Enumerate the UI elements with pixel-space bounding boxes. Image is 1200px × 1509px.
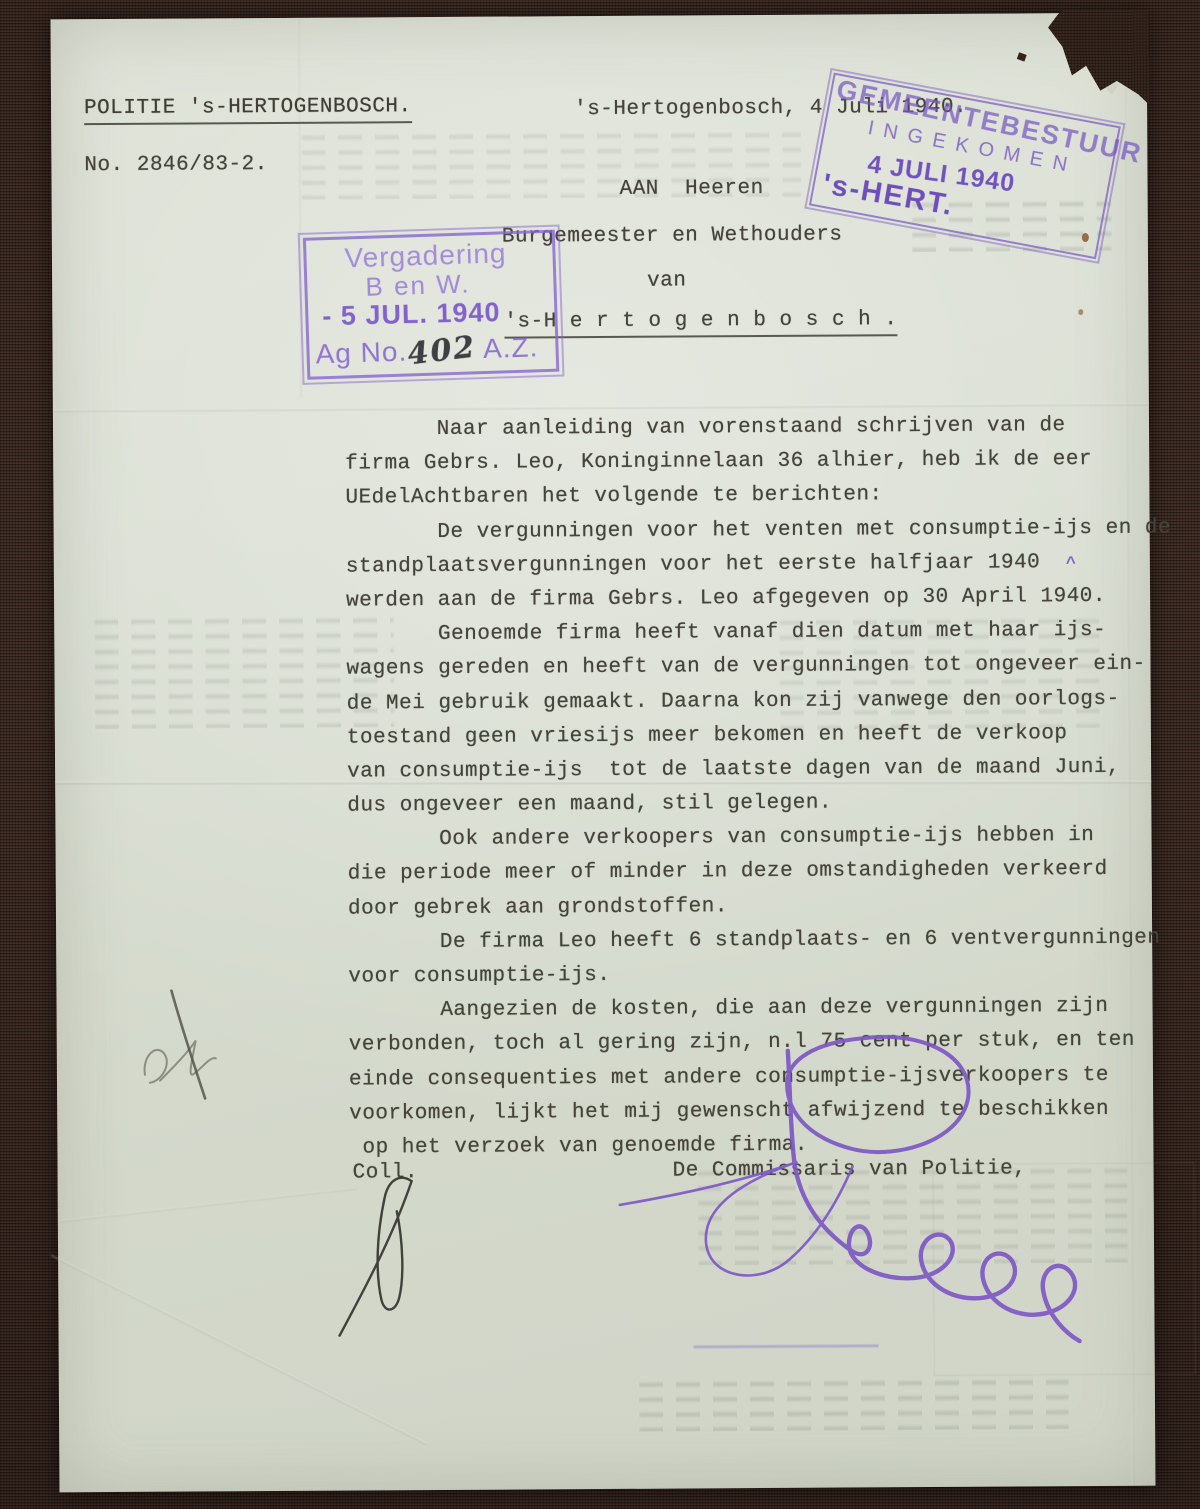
letter-body: Naar aanleiding van vorenstaand schrijve… [345,409,1175,1166]
recipient-line: van [647,269,686,293]
letter-body-line: toestand geen vriesijs meer bekomen en h… [347,716,1173,755]
closing-collation: Coll. [352,1161,418,1185]
letter-body-line: werden aan de firma Gebrs. Leo afgegeven… [346,579,1172,618]
collation-initial-signature [339,1178,413,1336]
letter-body-line: dus ongeveer een maand, stil gelegen. [347,785,1173,824]
insertion-caret-mark: ^ [1066,553,1076,573]
letter-body-line: wagens gereden en heeft van de vergunnin… [346,648,1172,687]
letter-body-line: Aangezien de kosten, die aan deze vergun… [348,990,1174,1029]
recipient-salutation: AAN Heeren [619,177,763,202]
rust-spot [1078,309,1083,315]
agenda-number-handwritten: 402 [405,329,477,372]
letter-body-line: standplaatsvergunningen voor het eerste … [346,545,1172,584]
letterhead: POLITIE 's-HERTOGENBOSCH. [84,95,412,125]
meeting-stamp-date: - 5 JUL. 1940 [322,295,569,332]
letter-body-line: UEdelAchtbaren het volgende te berichten… [345,477,1171,516]
letter-body-line: voorkomen, lijkt het mij gewenscht afwij… [349,1092,1175,1131]
ink-bleed-form-box [933,1162,1196,1376]
letter-body-line: van consumptie-ijs tot de laatste dagen … [347,750,1173,789]
fold-crease [59,1187,357,1223]
letter-paper: POLITIE 's-HERTOGENBOSCH. 's-Hertogenbos… [51,13,1156,1493]
letter-body-line: firma Gebrs. Leo, Koninginnelaan 36 alhi… [345,443,1171,482]
letter-body-line: einde consequenties met andere consumpti… [349,1058,1175,1097]
letter-body-line: Naar aanleiding van vorenstaand schrijve… [345,409,1171,448]
meeting-stamp-agenda: Ag No.402 A.Z. [315,329,562,372]
paper-hole-speck [1017,52,1027,61]
letter-body-line: De firma Leo heeft 6 standplaats- en 6 v… [348,921,1174,960]
agenda-suffix: A.Z. [475,331,539,364]
archive-scan-page: { "letter": { "letterhead": "POLITIE 's-… [0,0,1200,1509]
letter-body-line: door gebrek aan grondstoffen. [348,887,1174,926]
letter-body-line: verbonden, toch al gering zijn, n.l 75 c… [349,1024,1175,1063]
letter-body-line: Genoemde firma heeft vanaf dien datum me… [346,614,1172,653]
letter-body-line: die periode meer of minder in deze omsta… [348,853,1174,892]
letter-body-line: De vergunningen voor het venten met cons… [346,511,1172,550]
agenda-prefix: Ag No. [315,336,408,370]
reference-number: No. 2846/83-2. [84,153,268,178]
pencil-stroke [171,990,205,1098]
ink-bleed-ghost [639,1373,1069,1432]
letter-body-line: voor consumptie-ijs. [348,956,1174,995]
fold-crease [50,1254,427,1445]
letter-body-line: de Mei gebruik gemaakt. Daarna kon zij v… [347,682,1173,721]
received-stamp: GEMEENTEBESTUUR INGEKOMEN 4 JULI 1940 's… [809,73,1121,260]
ink-bleed-purple-rule [694,1344,879,1348]
torn-corner [1031,10,1150,107]
pencil-checkmark [144,1040,216,1082]
closing-signature-title: De Commissaris van Politie, [672,1157,1026,1183]
fold-crease [297,18,302,398]
rust-spot [1082,233,1089,242]
meeting-stamp: Vergadering B en W. - 5 JUL. 1940 Ag No.… [303,230,559,380]
letter-body-line: Ook andere verkoopers van consumptie-ijs… [347,819,1173,858]
